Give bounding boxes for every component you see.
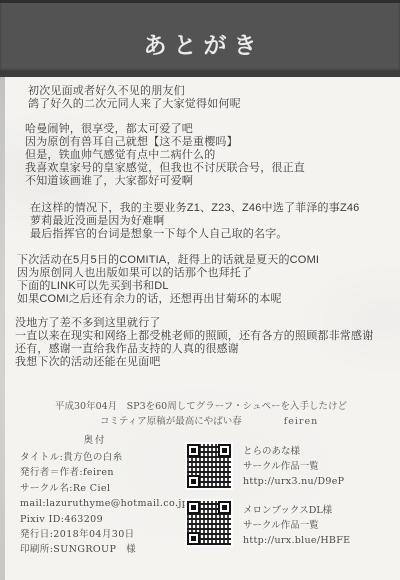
colophon-entry-printer: 印刷所:SUNGROUP 様 (20, 542, 185, 557)
body-line: 如果COMI之后还有余力的话，还想再出甘菊环的本呢 (17, 293, 319, 306)
shop-name: メロンブックスDL様 (243, 503, 393, 518)
afterword-paragraph-2: 哈曼闹钟，很享受，都太可爱了吧 因为原创有兽耳自己就想【这不是重樱吗】 但是，铁… (25, 123, 305, 188)
body-line: 哈曼闹钟，很享受，都太可爱了吧 (25, 123, 305, 136)
body-line: 我喜欢皇家号的皇家感觉，但我也不讨厌联合号，很正直 (25, 162, 305, 175)
scan-artifact-streak (0, 0, 5, 580)
body-line: 因为原创有兽耳自己就想【这不是重樱吗】 (25, 136, 305, 149)
body-line: 不知道该画谁了，大家都好可爱啊 (25, 175, 305, 188)
shop-link-label: サークル作品一覧 (243, 518, 393, 533)
afterword-paragraph-5: 没地方了差不多到这里就行了 一直以来在现实和网络上都受桃老师的照顾，还有各方的照… (15, 317, 373, 369)
qr-finder-icon (187, 532, 200, 545)
page-title: あとがき (0, 27, 400, 60)
author-name: feiren (284, 416, 318, 427)
signoff-block: 平成30年04月 SP3を60周してグラーフ・シュペーを入手したけど コミティア… (55, 399, 385, 429)
colophon: 奥付 タイトル:貴方色の白糸 発行者＝作者:feiren サークル名:Re Ci… (20, 432, 185, 558)
signoff-text: コミティア原稿が最高にやばい春 (100, 416, 242, 427)
colophon-entry-mail: mail:lazuruthyme@hotmail.co.jp (20, 496, 185, 511)
signoff-line: コミティア原稿が最高にやばい春feiren (55, 414, 385, 429)
body-line: 还有，感谢一直给我作品支持的人真的很感谢 (15, 343, 373, 356)
shop-name: とらのあな様 (243, 444, 393, 459)
qr-finder-icon (187, 444, 200, 457)
toranoana-qr-code (187, 444, 231, 488)
colophon-entry-date: 発行日:2018年04月30日 (20, 527, 185, 542)
colophon-entry-circle: サークル名:Re Ciel (20, 481, 185, 496)
qr-finder-icon (218, 444, 231, 457)
body-line: 但是，铁血帅气感觉有点中二病什么的 (25, 149, 305, 162)
qr-finder-icon (218, 501, 231, 514)
afterword-paragraph-1: 初次见面或者好久不见的朋友们 鸽了好久的二次元同人来了大家觉得如何呢 (28, 85, 241, 111)
colophon-entry-title: タイトル:貴方色の白糸 (20, 450, 185, 465)
colophon-entry-publisher: 発行者＝作者:feiren (20, 465, 185, 480)
shop-link-label: サークル作品一覧 (243, 459, 393, 474)
shop-url: http://urx.blue/HBFE (243, 533, 393, 548)
body-line: 最后指挥官的台词是想象一下每个人自己取的名字。 (30, 228, 360, 241)
shop-link-block-toranoana: とらのあな様 サークル作品一覧 http://urx3.nu/D9eP (243, 444, 393, 489)
body-line: 萝莉最近没画是因为好难啊 (30, 215, 360, 228)
body-line: 没地方了差不多到这里就行了 (15, 317, 373, 330)
body-line: 一直以来在现实和网络上都受桃老师的照顾，还有各方的照顾都非常感谢 (15, 330, 373, 343)
body-line: 我想下次的活动还能在见面吧 (15, 356, 373, 369)
melonbooks-qr-code (187, 501, 231, 545)
shop-link-block-melonbooks: メロンブックスDL様 サークル作品一覧 http://urx.blue/HBFE (243, 503, 393, 548)
body-line: 鸽了好久的二次元同人来了大家觉得如何呢 (28, 98, 241, 111)
afterword-page: あとがき 初次见面或者好久不见的朋友们 鸽了好久的二次元同人来了大家觉得如何呢 … (0, 0, 400, 580)
body-line: 在这样的情况下，我的主要业务Z1、Z23、Z46中选了菲泽的事Z46 (30, 202, 360, 215)
signoff-line: 平成30年04月 SP3を60周してグラーフ・シュペーを入手したけど (55, 399, 385, 414)
body-line: 下面的LINK可以先买到书和DL (17, 280, 319, 293)
body-line: 因为原创同人也出版如果可以的话那个也拜托了 (17, 267, 319, 280)
body-line: 下次活动在5月5日的COMITIA，赶得上的话就是夏天的COMI (17, 254, 319, 267)
body-line: 初次见面或者好久不见的朋友们 (28, 85, 241, 98)
afterword-paragraph-3: 在这样的情况下，我的主要业务Z1、Z23、Z46中选了菲泽的事Z46 萝莉最近没… (30, 202, 360, 241)
qr-finder-icon (187, 501, 200, 514)
colophon-entry-pixiv: Pixiv ID:463209 (20, 512, 185, 527)
afterword-paragraph-4: 下次活动在5月5日的COMITIA，赶得上的话就是夏天的COMI 因为原创同人也… (17, 254, 319, 306)
shop-url: http://urx3.nu/D9eP (243, 474, 393, 489)
colophon-heading: 奥付 (20, 432, 170, 446)
qr-finder-icon (187, 475, 200, 488)
